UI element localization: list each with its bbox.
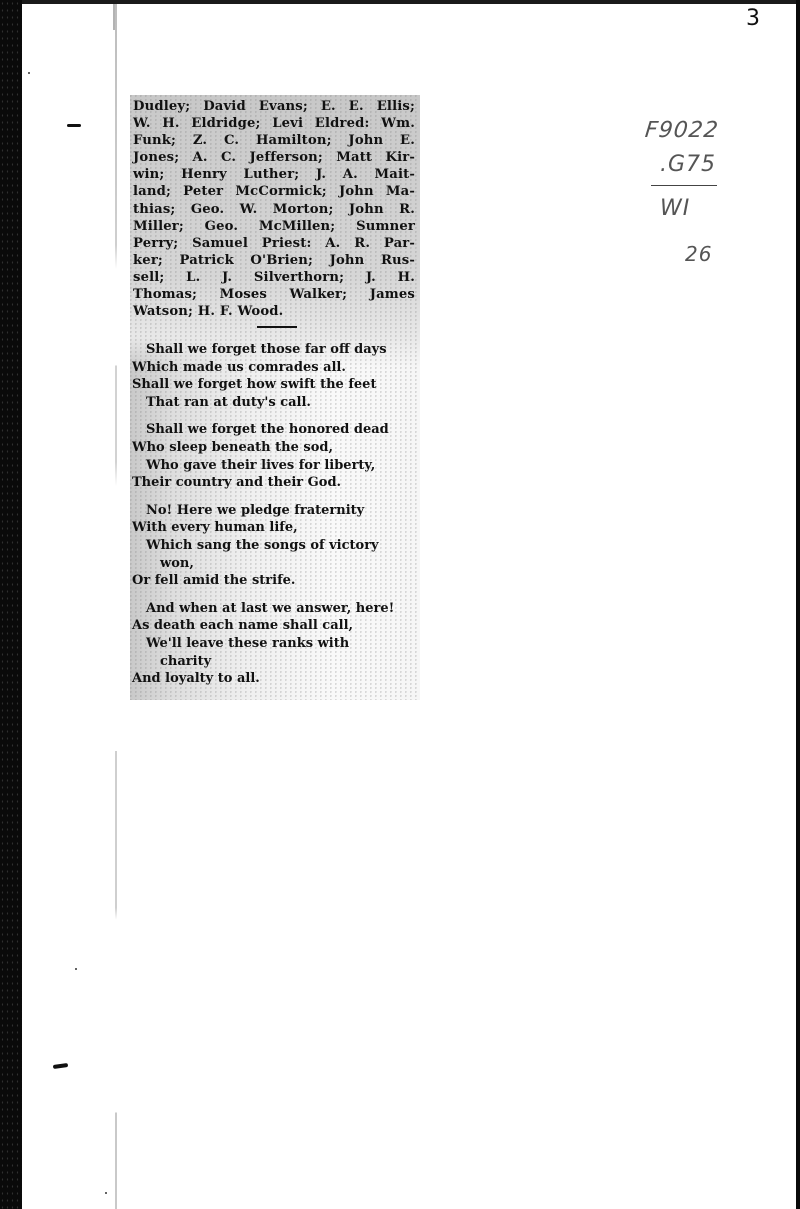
name-list-line: Dudley; David Evans; E. E. Ellis; <box>133 98 415 115</box>
poem-line: Or fell amid the strife. <box>132 572 422 590</box>
poem-line: Which sang the songs of victory <box>132 537 422 555</box>
poem-line: We'll leave these ranks with <box>132 635 422 653</box>
name-list-line: sell; L. J. Silverthorn; J. H. <box>133 269 415 286</box>
poem-line: That ran at duty's call. <box>132 394 422 412</box>
poem-line: As death each name shall call, <box>132 617 422 635</box>
poem-line: Shall we forget those far off days <box>132 341 422 359</box>
handwritten-state: WI <box>660 196 690 221</box>
poem-line: charity <box>132 653 422 671</box>
poem-line: Shall we forget how swift the feet <box>132 376 422 394</box>
name-list-line: thias; Geo. W. Morton; John R. <box>133 201 415 218</box>
name-list-line: ker; Patrick O'Brien; John Rus- <box>133 252 415 269</box>
margin-mark <box>67 124 81 127</box>
poem-line: Who sleep beneath the sod, <box>132 439 422 457</box>
poem-line: And when at last we answer, here! <box>132 600 422 618</box>
name-list: Dudley; David Evans; E. E. Ellis;W. H. E… <box>133 98 415 320</box>
poem-line: With every human life, <box>132 519 422 537</box>
handwritten-underline <box>651 185 717 186</box>
scan-speck <box>28 72 30 74</box>
name-list-line: W. H. Eldridge; Levi Eldred: Wm. <box>133 115 415 132</box>
name-list-line: Perry; Samuel Priest: A. R. Par- <box>133 235 415 252</box>
name-list-line: land; Peter McCormick; John Ma- <box>133 183 415 200</box>
poem-stanza: Shall we forget those far off daysWhich … <box>132 341 422 411</box>
name-list-line: Funk; Z. C. Hamilton; John E. <box>133 132 415 149</box>
handwritten-call-number: F9022 <box>644 118 720 143</box>
poem-line: won, <box>132 555 422 573</box>
poem: Shall we forget those far off daysWhich … <box>132 341 422 698</box>
handwritten-number: 26 <box>685 242 712 266</box>
page-number: 3 <box>746 6 760 31</box>
name-list-line: Thomas; Moses Walker; James <box>133 286 415 303</box>
scan-speck <box>75 968 77 970</box>
separator-rule <box>257 326 297 328</box>
scan-speck <box>105 1192 107 1194</box>
poem-line: No! Here we pledge fraternity <box>132 502 422 520</box>
poem-line: Shall we forget the honored dead <box>132 421 422 439</box>
poem-line: And loyalty to all. <box>132 670 422 688</box>
name-list-line: Jones; A. C. Jefferson; Matt Kir- <box>133 149 415 166</box>
name-list-line: win; Henry Luther; J. A. Mait- <box>133 166 415 183</box>
poem-line: Their country and their God. <box>132 474 422 492</box>
poem-stanza: Shall we forget the honored deadWho slee… <box>132 421 422 491</box>
margin-mark <box>53 1063 68 1069</box>
scan-border-right <box>796 0 800 1209</box>
poem-stanza: No! Here we pledge fraternityWith every … <box>132 502 422 590</box>
name-list-line: Watson; H. F. Wood. <box>133 303 415 320</box>
scan-border-top <box>22 0 800 4</box>
handwritten-cutter-number: .G75 <box>660 152 716 177</box>
poem-line: Which made us comrades all. <box>132 359 422 377</box>
poem-stanza: And when at last we answer, here!As deat… <box>132 600 422 688</box>
fold-line <box>115 4 117 1209</box>
poem-line: Who gave their lives for liberty, <box>132 457 422 475</box>
scan-border-left <box>0 0 22 1209</box>
name-list-line: Miller; Geo. McMillen; Sumner <box>133 218 415 235</box>
